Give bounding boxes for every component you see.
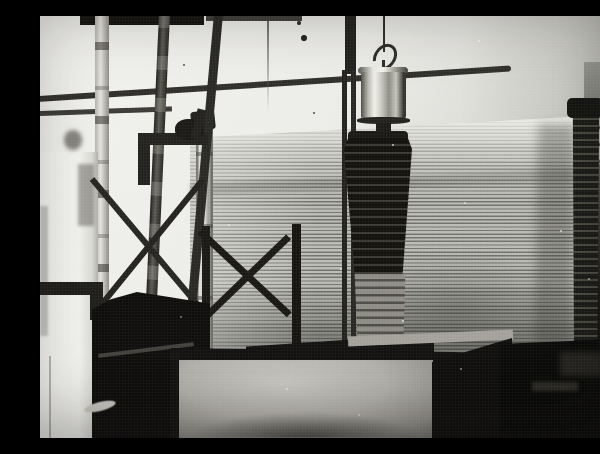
film-specks-light [40,16,42,18]
insulator-stack-dark [344,138,412,276]
support-rod [342,70,347,354]
floor-detail [560,352,600,376]
right-insulator-cap [567,98,600,118]
pillar-crack [49,356,51,438]
faint-wire [267,16,269,112]
pillar-stain [78,164,94,226]
support-post [292,224,301,358]
right-insulator-column [571,106,600,348]
tank-front [177,360,433,438]
pillar-stain [40,206,48,336]
support-rod-upper [345,16,356,74]
pillar-stain [64,130,82,150]
photograph [40,16,600,438]
tank-left-edge [170,353,179,438]
tank-front-shadow [185,412,425,438]
right-insulator-shadow [534,124,574,347]
pipe-elbow-vertical [138,133,150,185]
metal-canister [361,72,406,119]
floor-detail [532,382,578,391]
